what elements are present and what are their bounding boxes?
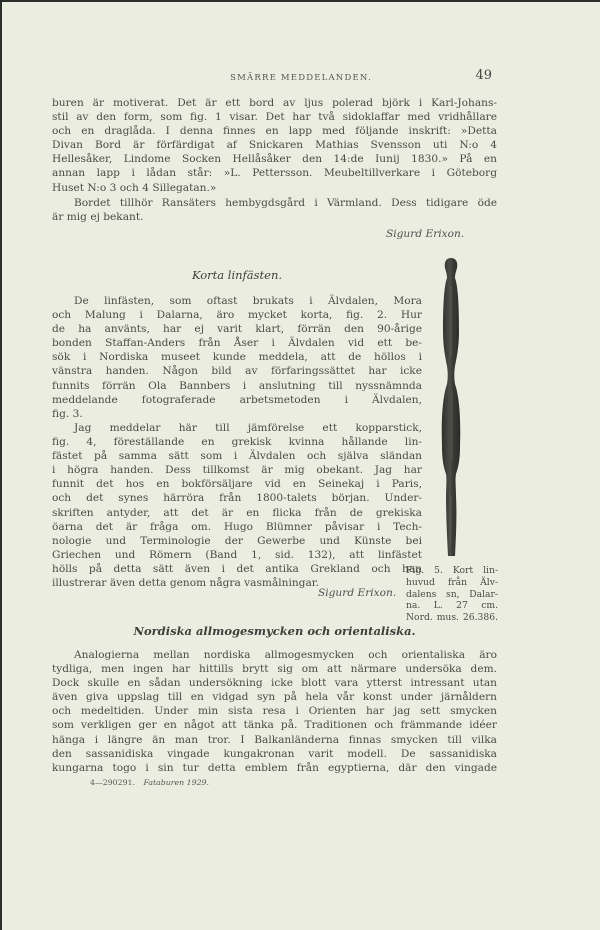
- page-footer: 4—290291. Fataburen 1929.: [90, 778, 209, 787]
- text-line: Bordet tillhör Ransäters hembygdsgård i …: [52, 196, 497, 210]
- text-line: även giva uppslag till en vidgad syn på …: [52, 690, 497, 704]
- section1-paragraph-2: Bordet tillhör Ransäters hembygdsgård i …: [52, 196, 497, 224]
- signature: Sigurd Erixon.: [386, 228, 464, 240]
- section1-paragraph-1: buren är motiverat. Det är ett bord av l…: [52, 96, 497, 195]
- text-line: Analogierna mellan nordiska allmogesmyck…: [52, 648, 497, 662]
- running-head: SMÄRRE MEDDELANDEN.: [2, 73, 600, 83]
- text-line: Hellesåker, Lindome Socken Hellåsåker de…: [52, 152, 497, 166]
- text-line: nologie und Terminologie der Gewerbe und…: [52, 534, 422, 548]
- page-number: 49: [472, 68, 492, 83]
- text-line: buren är motiverat. Det är ett bord av l…: [52, 96, 497, 110]
- text-line: och medeltiden. Under min sista resa i O…: [52, 704, 497, 718]
- text-line: Jag meddelar här till jämförelse ett kop…: [52, 421, 422, 435]
- text-line: och Malung i Dalarna, äro mycket korta, …: [52, 308, 422, 322]
- text-line: och en draglåda. I denna finnes en lapp …: [52, 124, 497, 138]
- text-line: Divan Bord är förfärdigat af Snickaren M…: [52, 138, 497, 152]
- text-line: den sassanidiska vingade kungakronan var…: [52, 747, 497, 761]
- caption-line: dalens sn, Dalar-: [406, 589, 498, 601]
- document-page: SMÄRRE MEDDELANDEN. 49 buren är motivera…: [2, 2, 600, 930]
- caption-line: na. L. 27 cm.: [406, 600, 498, 612]
- caption-line: huvud från Älv-: [406, 577, 498, 589]
- text-line: i högra handen. Dess tillkomst är mig ob…: [52, 463, 422, 477]
- section2-paragraph-2: Jag meddelar här till jämförelse ett kop…: [52, 421, 422, 590]
- text-line: fig. 3.: [52, 407, 422, 421]
- text-line: De linfästen, som oftast brukats i Älvda…: [52, 294, 422, 308]
- figure-linfaste-image: [434, 256, 468, 558]
- figure-caption: Fig. 5. Kort lin- huvud från Älv- dalens…: [406, 565, 498, 624]
- text-line: stil av den form, som fig. 1 visar. Det …: [52, 110, 497, 124]
- text-line: skriften antyder, att det är en flicka f…: [52, 506, 422, 520]
- text-line: Huset N:o 3 och 4 Sillegatan.»: [52, 181, 497, 195]
- text-line: öarna det är fråga om. Hugo Blümner påvi…: [52, 520, 422, 534]
- section3-paragraph-1: Analogierna mellan nordiska allmogesmyck…: [52, 648, 497, 775]
- caption-line: Fig. 5. Kort lin-: [406, 565, 498, 577]
- text-line: funnits förrän Ola Bannbers i anslutning…: [52, 379, 422, 393]
- text-line: Dock skulle en sådan undersökning icke b…: [52, 676, 497, 690]
- text-line: och det synes härröra från 1800-talets b…: [52, 491, 422, 505]
- text-line: meddelande fotograferade arbetsmetoden i…: [52, 393, 422, 407]
- section-title: Nordiska allmogesmycken och orientaliska…: [52, 624, 497, 638]
- text-line: de ha använts, har ej varit klart, förrä…: [52, 322, 422, 336]
- journal-name: Fataburen 1929.: [143, 778, 209, 787]
- text-line: hänga i längre än man tror. I Balkanländ…: [52, 733, 497, 747]
- signature: Sigurd Erixon.: [318, 587, 396, 599]
- caption-line: Nord. mus. 26.386.: [406, 612, 498, 624]
- print-code: 4—290291.: [90, 778, 135, 787]
- text-line: funnit det hos en bokförsäljare vid en S…: [52, 477, 422, 491]
- text-line: vänstra handen. Någon bild av förfarings…: [52, 364, 422, 378]
- text-line: kungarna togo i sin tur detta emblem frå…: [52, 761, 497, 775]
- text-line: annan lapp i lådan står: »L. Pettersson.…: [52, 166, 497, 180]
- section-title: Korta linfästen.: [52, 268, 422, 282]
- text-line: som verkligen ger en något att tänka på.…: [52, 718, 497, 732]
- text-line: bonden Staffan-Anders från Åser i Älvdal…: [52, 336, 422, 350]
- text-line: är mig ej bekant.: [52, 210, 497, 224]
- text-line: fästet på samma sätt som i Älvdalen och …: [52, 449, 422, 463]
- text-line: fig. 4, föreställande en grekisk kvinna …: [52, 435, 422, 449]
- text-line: tydliga, men ingen har hittills brytt si…: [52, 662, 497, 676]
- text-line: Griechen und Römern (Band 1, sid. 132), …: [52, 548, 422, 562]
- text-line: sök i Nordiska museet kunde meddela, att…: [52, 350, 422, 364]
- section2-paragraph-1: De linfästen, som oftast brukats i Älvda…: [52, 294, 422, 421]
- text-line: hölls på detta sätt även i det antika Gr…: [52, 562, 422, 576]
- linfaste-illustration-icon: [434, 256, 468, 558]
